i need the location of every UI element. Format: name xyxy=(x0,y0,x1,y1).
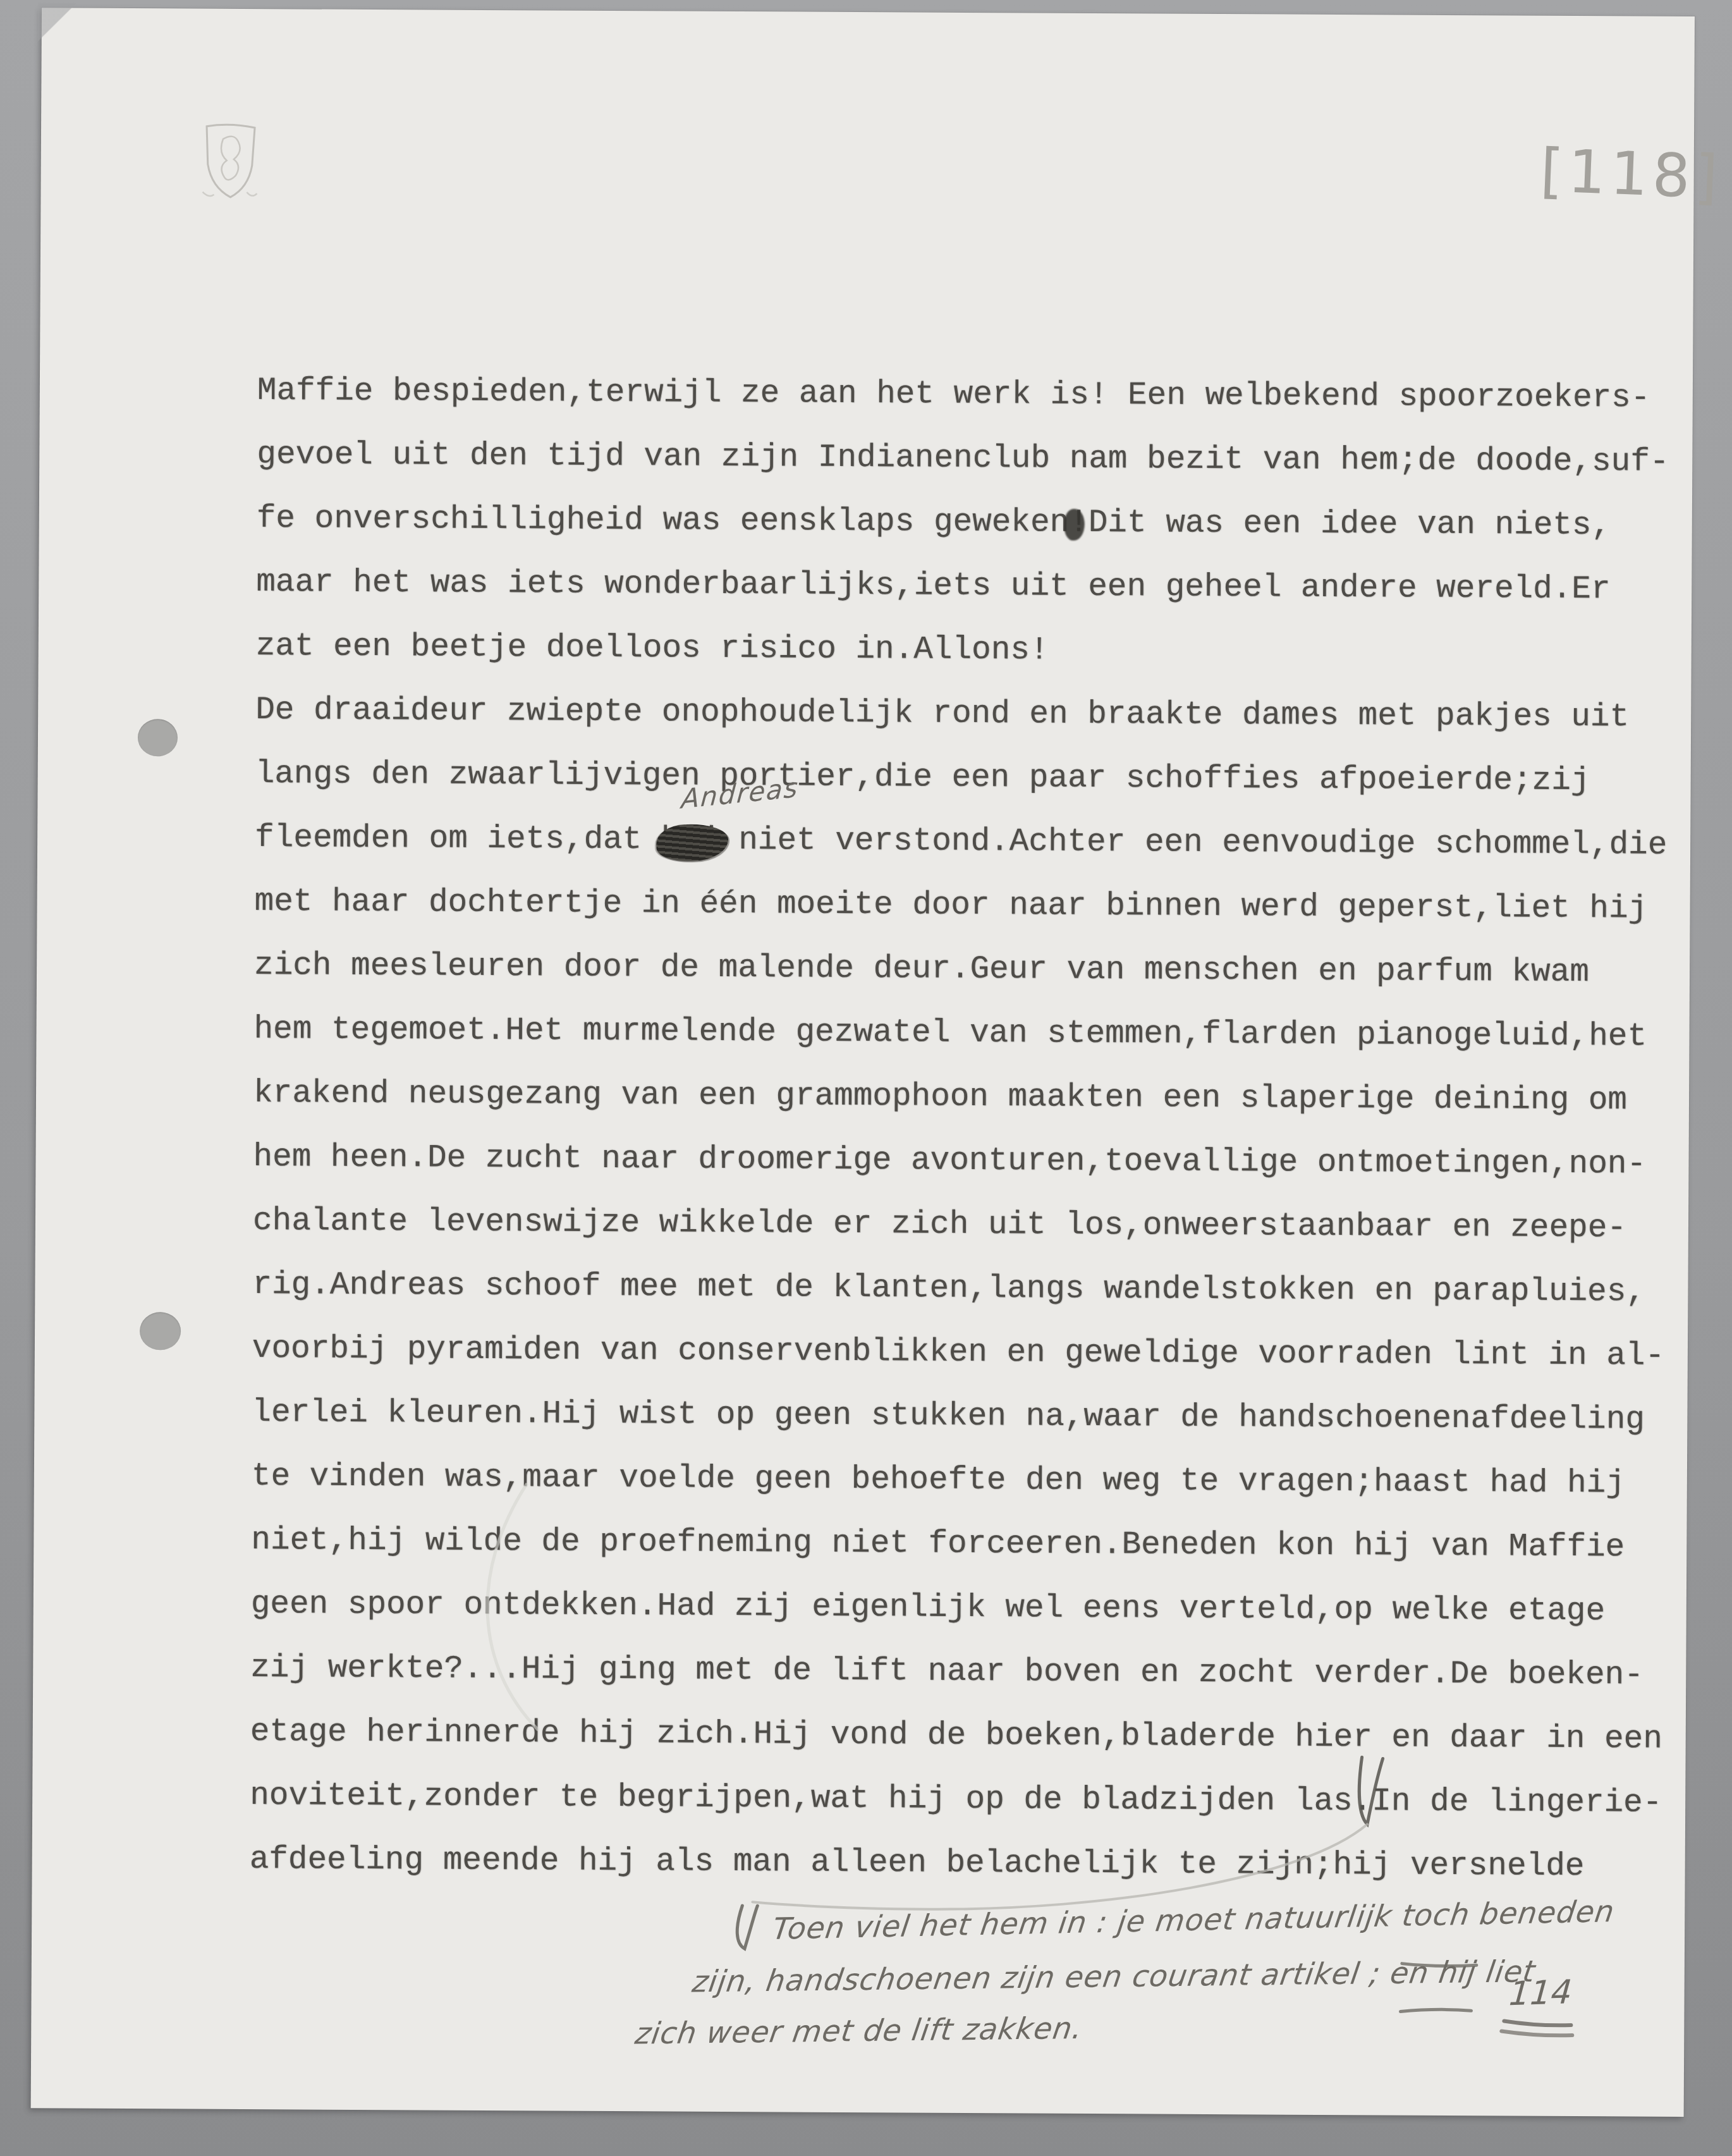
corner-crease xyxy=(38,3,114,63)
embossed-stamp-icon xyxy=(198,121,262,204)
typed-line: zich meesleuren door de malende deur.Geu… xyxy=(254,934,1695,1005)
typed-line: hem heen.De zucht naar droomerige avontu… xyxy=(253,1125,1694,1197)
typed-line: rig.Andreas schoof mee met de klanten,la… xyxy=(252,1253,1693,1325)
typed-line: noviteit,zonder te begrijpen,wat hij op … xyxy=(250,1764,1691,1835)
page-number-top-annotation: [118] xyxy=(1539,137,1724,212)
typed-line: hem tegemoet.Het murmelende gezwatel van… xyxy=(253,998,1695,1069)
typed-line: afdeeling meende hij als man alleen bela… xyxy=(249,1828,1690,1899)
typed-line: De draaideur zwiepte onophoudelijk rond … xyxy=(255,678,1697,750)
typed-line: zat een beetje doelloos risico in.Allons… xyxy=(255,615,1697,686)
typed-line: krakend neusgezang van een grammophoon m… xyxy=(253,1062,1695,1133)
typed-line: fe onverschilligheid was eensklaps gewek… xyxy=(257,487,1698,558)
typed-line: geen spoor ontdekken.Had zij eigenlijk w… xyxy=(251,1572,1692,1644)
typed-line: langs den zwaarlijvigen portier,die een … xyxy=(255,742,1696,814)
typed-line: zij werkte?...Hij ging met de lift naar … xyxy=(250,1636,1692,1708)
typed-line: fleemden om iets,dat hij niet verstond.A… xyxy=(255,806,1696,878)
handwritten-note-line: zich weer met de lift zakken. xyxy=(633,2011,1085,2052)
typed-line: gevoel uit den tijd van zijn Indianenclu… xyxy=(257,423,1698,494)
punch-hole xyxy=(140,1312,181,1350)
typed-line: niet,hij wilde de proefneming niet force… xyxy=(251,1509,1692,1580)
handwritten-note-line: zijn, handschoenen zijn een courant arti… xyxy=(690,1954,1538,1999)
bottom-number-underline-2 xyxy=(1501,2031,1572,2035)
artikel-overline xyxy=(1400,2009,1471,2012)
typed-line: etage herinnerde hij zich.Hij vond de bo… xyxy=(250,1700,1691,1772)
typed-line: maar het was iets wonderbaarlijks,iets u… xyxy=(256,551,1697,622)
note-caret-icon xyxy=(737,1906,757,1949)
typed-line: chalante levenswijze wikkelde er zich ui… xyxy=(253,1189,1694,1261)
typed-line: met haar dochtertje in één moeite door n… xyxy=(254,870,1695,941)
typed-line: lerlei kleuren.Hij wist op geen stukken … xyxy=(252,1381,1693,1452)
page-number-bottom-annotation: 114 xyxy=(1508,1973,1573,2013)
bottom-number-underline-1 xyxy=(1504,2021,1571,2025)
handwritten-note-line: Toen viel het hem in : je moet natuurlij… xyxy=(771,1894,1617,1947)
typed-line: te vinden was,maar voelde geen behoefte … xyxy=(252,1445,1693,1516)
typescript-body: Maffie bespieden,terwijl ze aan het werk… xyxy=(249,359,1698,1899)
typed-line: Maffie bespieden,terwijl ze aan het werk… xyxy=(257,359,1698,431)
typed-line: voorbij pyramiden van conservenblikken e… xyxy=(252,1317,1693,1388)
scanned-typescript-page: [118] Maffie bespieden,terwijl ze aan he… xyxy=(0,0,1732,2156)
paper-sheet: [118] Maffie bespieden,terwijl ze aan he… xyxy=(31,8,1695,2117)
punch-hole xyxy=(138,719,178,756)
